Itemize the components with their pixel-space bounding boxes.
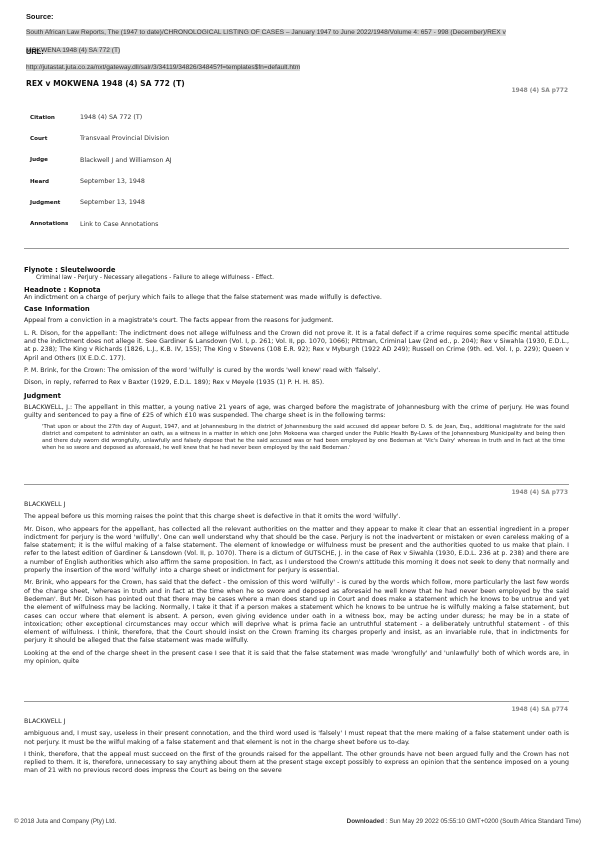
flynote-text: Criminal law - Perjury - Necessary alleg… xyxy=(24,274,569,282)
meta-heard: HeardSeptember 13, 1948 xyxy=(30,171,172,192)
url-label: URL: xyxy=(26,47,300,56)
running-head: BLACKWELL J xyxy=(24,501,569,509)
judgment-p7: I think, therefore, that the appeal must… xyxy=(24,751,569,776)
annotations-link[interactable]: Link to Case Annotations xyxy=(80,221,158,228)
flynote-heading: Flynote : Sleutelwoorde xyxy=(24,266,569,274)
page-divider xyxy=(24,484,569,485)
meta-citation: Citation1948 (4) SA 772 (T) xyxy=(30,107,172,128)
footer-downloaded: Downloaded : Sun May 29 2022 05:55:10 GM… xyxy=(347,818,581,825)
headnote-heading: Headnote : Kopnota xyxy=(24,286,569,294)
url-link[interactable]: http://jutastat.juta.co.za/nxt/gateway.d… xyxy=(26,64,300,71)
source-label: Source: xyxy=(26,12,506,21)
case-title: REX v MOKWENA 1948 (4) SA 772 (T) xyxy=(26,79,185,88)
page-marker: 1948 (4) SA p773 xyxy=(512,490,568,496)
judgment-heading: Judgment xyxy=(24,392,569,400)
meta-annotations: AnnotationsLink to Case Annotations xyxy=(30,213,172,234)
downloaded-label: Downloaded xyxy=(347,818,384,825)
charge-sheet-quote: 'That upon or about the 27th day of Augu… xyxy=(24,424,569,452)
meta-court: CourtTransvaal Provincial Division xyxy=(30,128,172,149)
running-head: BLACKWELL J xyxy=(24,718,569,726)
page-marker: 1948 (4) SA p774 xyxy=(512,707,568,713)
case-body-part1: Flynote : Sleutelwoorde Criminal law - P… xyxy=(24,266,569,452)
judgment-p2: The appeal before us this morning raises… xyxy=(24,513,569,521)
meta-judgment: JudgmentSeptember 13, 1948 xyxy=(30,192,172,213)
case-info-heading: Case Information xyxy=(24,305,569,313)
headnote-text: An indictment on a charge of perjury whi… xyxy=(24,294,569,302)
page-marker: 1948 (4) SA p772 xyxy=(512,88,568,94)
meta-judge: JudgeBlackwell J and Williamson AJ xyxy=(30,150,172,171)
judgment-p3: Mr. Dison, who appears for the appellant… xyxy=(24,526,569,576)
downloaded-value: : Sun May 29 2022 05:55:10 GMT+0200 (Sou… xyxy=(384,818,581,825)
case-info-p1: Appeal from a conviction in a magistrate… xyxy=(24,317,569,325)
case-info-p2: L. R. Dison, for the appellant: The indi… xyxy=(24,330,569,363)
judgment-p6: ambiguous and, I must say, useless in th… xyxy=(24,730,569,747)
judgment-p4: Mr. Brink, who appears for the Crown, ha… xyxy=(24,579,569,645)
case-body-part2: BLACKWELL J The appeal before us this mo… xyxy=(24,501,569,666)
judgment-p5: Looking at the end of the charge sheet i… xyxy=(24,650,569,667)
source-path: South African Law Reports, The (1947 to … xyxy=(26,29,506,36)
case-info-p3: P. M. Brink, for the Crown: The omission… xyxy=(24,367,569,375)
divider xyxy=(24,248,569,249)
page-divider xyxy=(24,701,569,702)
footer-copyright: © 2018 Juta and Company (Pty) Ltd. xyxy=(14,818,116,825)
case-info-p4: Dison, in reply, referred to Rex v Baxte… xyxy=(24,379,569,387)
url-block: URL: http://jutastat.juta.co.za/nxt/gate… xyxy=(26,47,300,74)
judgment-p1: BLACKWELL, J.: The appellant in this mat… xyxy=(24,404,569,421)
case-metadata: Citation1948 (4) SA 772 (T) CourtTransva… xyxy=(30,107,172,235)
case-body-part3: BLACKWELL J ambiguous and, I must say, u… xyxy=(24,718,569,776)
